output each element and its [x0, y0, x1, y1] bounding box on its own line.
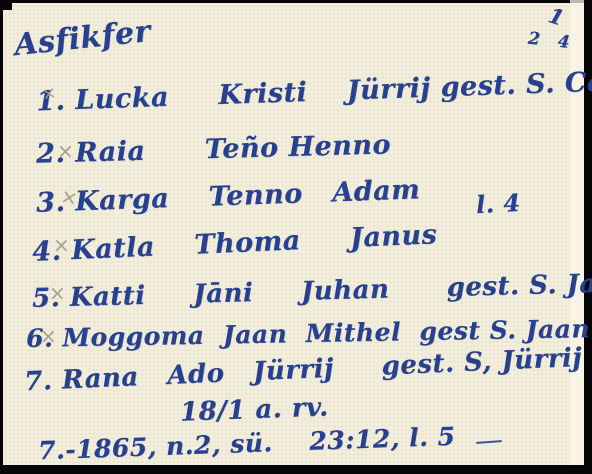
entry-line-3: 3. Karga Tenno Adam	[36, 176, 421, 216]
entry-line-2: 2. Raia Teño Henno	[36, 131, 392, 167]
corner-secondary-numbers: 2 4	[527, 31, 576, 53]
corner-page-number: 1	[546, 4, 567, 29]
entry-line-1: 1. Lucka Kristi Jürrij gest. S. Carl	[36, 68, 592, 116]
entry-line-3-note: l. 4	[475, 191, 521, 217]
pencil-mark: ×	[53, 233, 70, 257]
pencil-mark: ×	[57, 139, 74, 163]
entry-line-5: 5. Katti Jāni Juhan gest. S. Jaan	[32, 270, 592, 312]
pencil-mark: ×	[40, 324, 57, 348]
stray-ink-mark	[476, 440, 502, 444]
scan-edge-bottom	[0, 465, 592, 474]
scan-edge-top	[0, 0, 592, 3]
footer-date-line: 18/1 a. rv.	[180, 394, 329, 425]
scan-edge-left	[0, 0, 3, 474]
card-title: Asfikfer	[13, 17, 152, 61]
entry-line-7: 7. Rana Ado Jürrij gest. S, Jürrij	[24, 345, 583, 395]
footer-reference-line: 7.-1865, n.2, sü. 23:12, l. 5	[38, 424, 456, 464]
scan-edge-corner	[0, 0, 12, 10]
entry-line-4: 4. Katla Thoma Janus	[32, 221, 438, 266]
pencil-mark: ×	[49, 281, 66, 305]
scanned-card: Asfikfer 1 2 4 1. Lucka Kristi Jürrij ge…	[0, 0, 592, 474]
